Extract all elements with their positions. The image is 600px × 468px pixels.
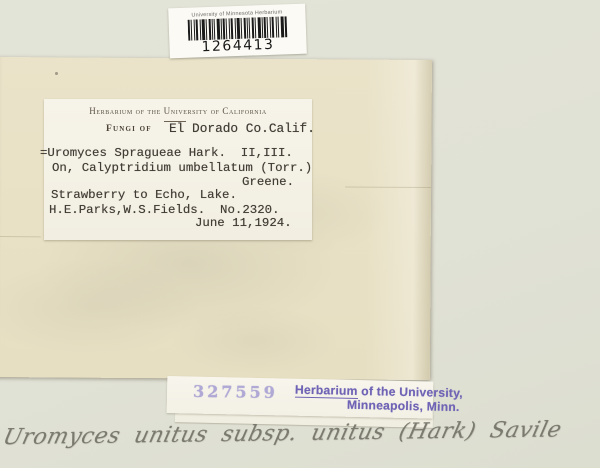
specimen-label: Herbarium of the University of Californi… xyxy=(44,99,312,240)
barcode-sticker: University of Minnesota Herbarium xyxy=(168,4,307,59)
herbarium-specimen-photo: University of Minnesota Herbarium xyxy=(0,0,600,468)
handwritten-annotation: Uromyces unitus subsp. unitus (Hark) Sav… xyxy=(0,417,600,468)
stamp-city-line: Minneapolis, Minn. xyxy=(294,397,462,414)
packet-fold-crease-right xyxy=(345,186,431,188)
label-taxon-line: =Uromyces Spragueae Hark. II,III. xyxy=(40,146,293,160)
stamp-org-word: Herbarium xyxy=(295,383,358,399)
label-institution-header: Herbarium of the University of Californi… xyxy=(44,106,312,116)
label-county-typed: El Dorado Co.Calif. xyxy=(169,121,315,136)
barcode-number: 1264413 xyxy=(201,38,274,56)
packet-fold-crease-left xyxy=(0,236,41,237)
label-date-line: June 11,1924. xyxy=(195,216,292,230)
label-series-title: Fungi of xyxy=(106,124,152,134)
label-collectors-line: H.E.Parks,W.S.Fields. No.2320. xyxy=(49,203,280,217)
accession-stamp-strip: 327559 Herbarium of the University, Minn… xyxy=(167,376,434,419)
minnesota-herbarium-stamp: Herbarium of the University, Minneapolis… xyxy=(294,384,462,415)
label-locality-line: Strawberry to Echo, Lake. xyxy=(51,188,237,202)
label-host-line: On, Calyptridium umbellatum (Torr.) xyxy=(52,161,312,175)
paper-speck xyxy=(55,72,58,75)
accession-number-stamp: 327559 xyxy=(193,382,278,402)
label-host-author-line: Greene. xyxy=(242,175,294,189)
